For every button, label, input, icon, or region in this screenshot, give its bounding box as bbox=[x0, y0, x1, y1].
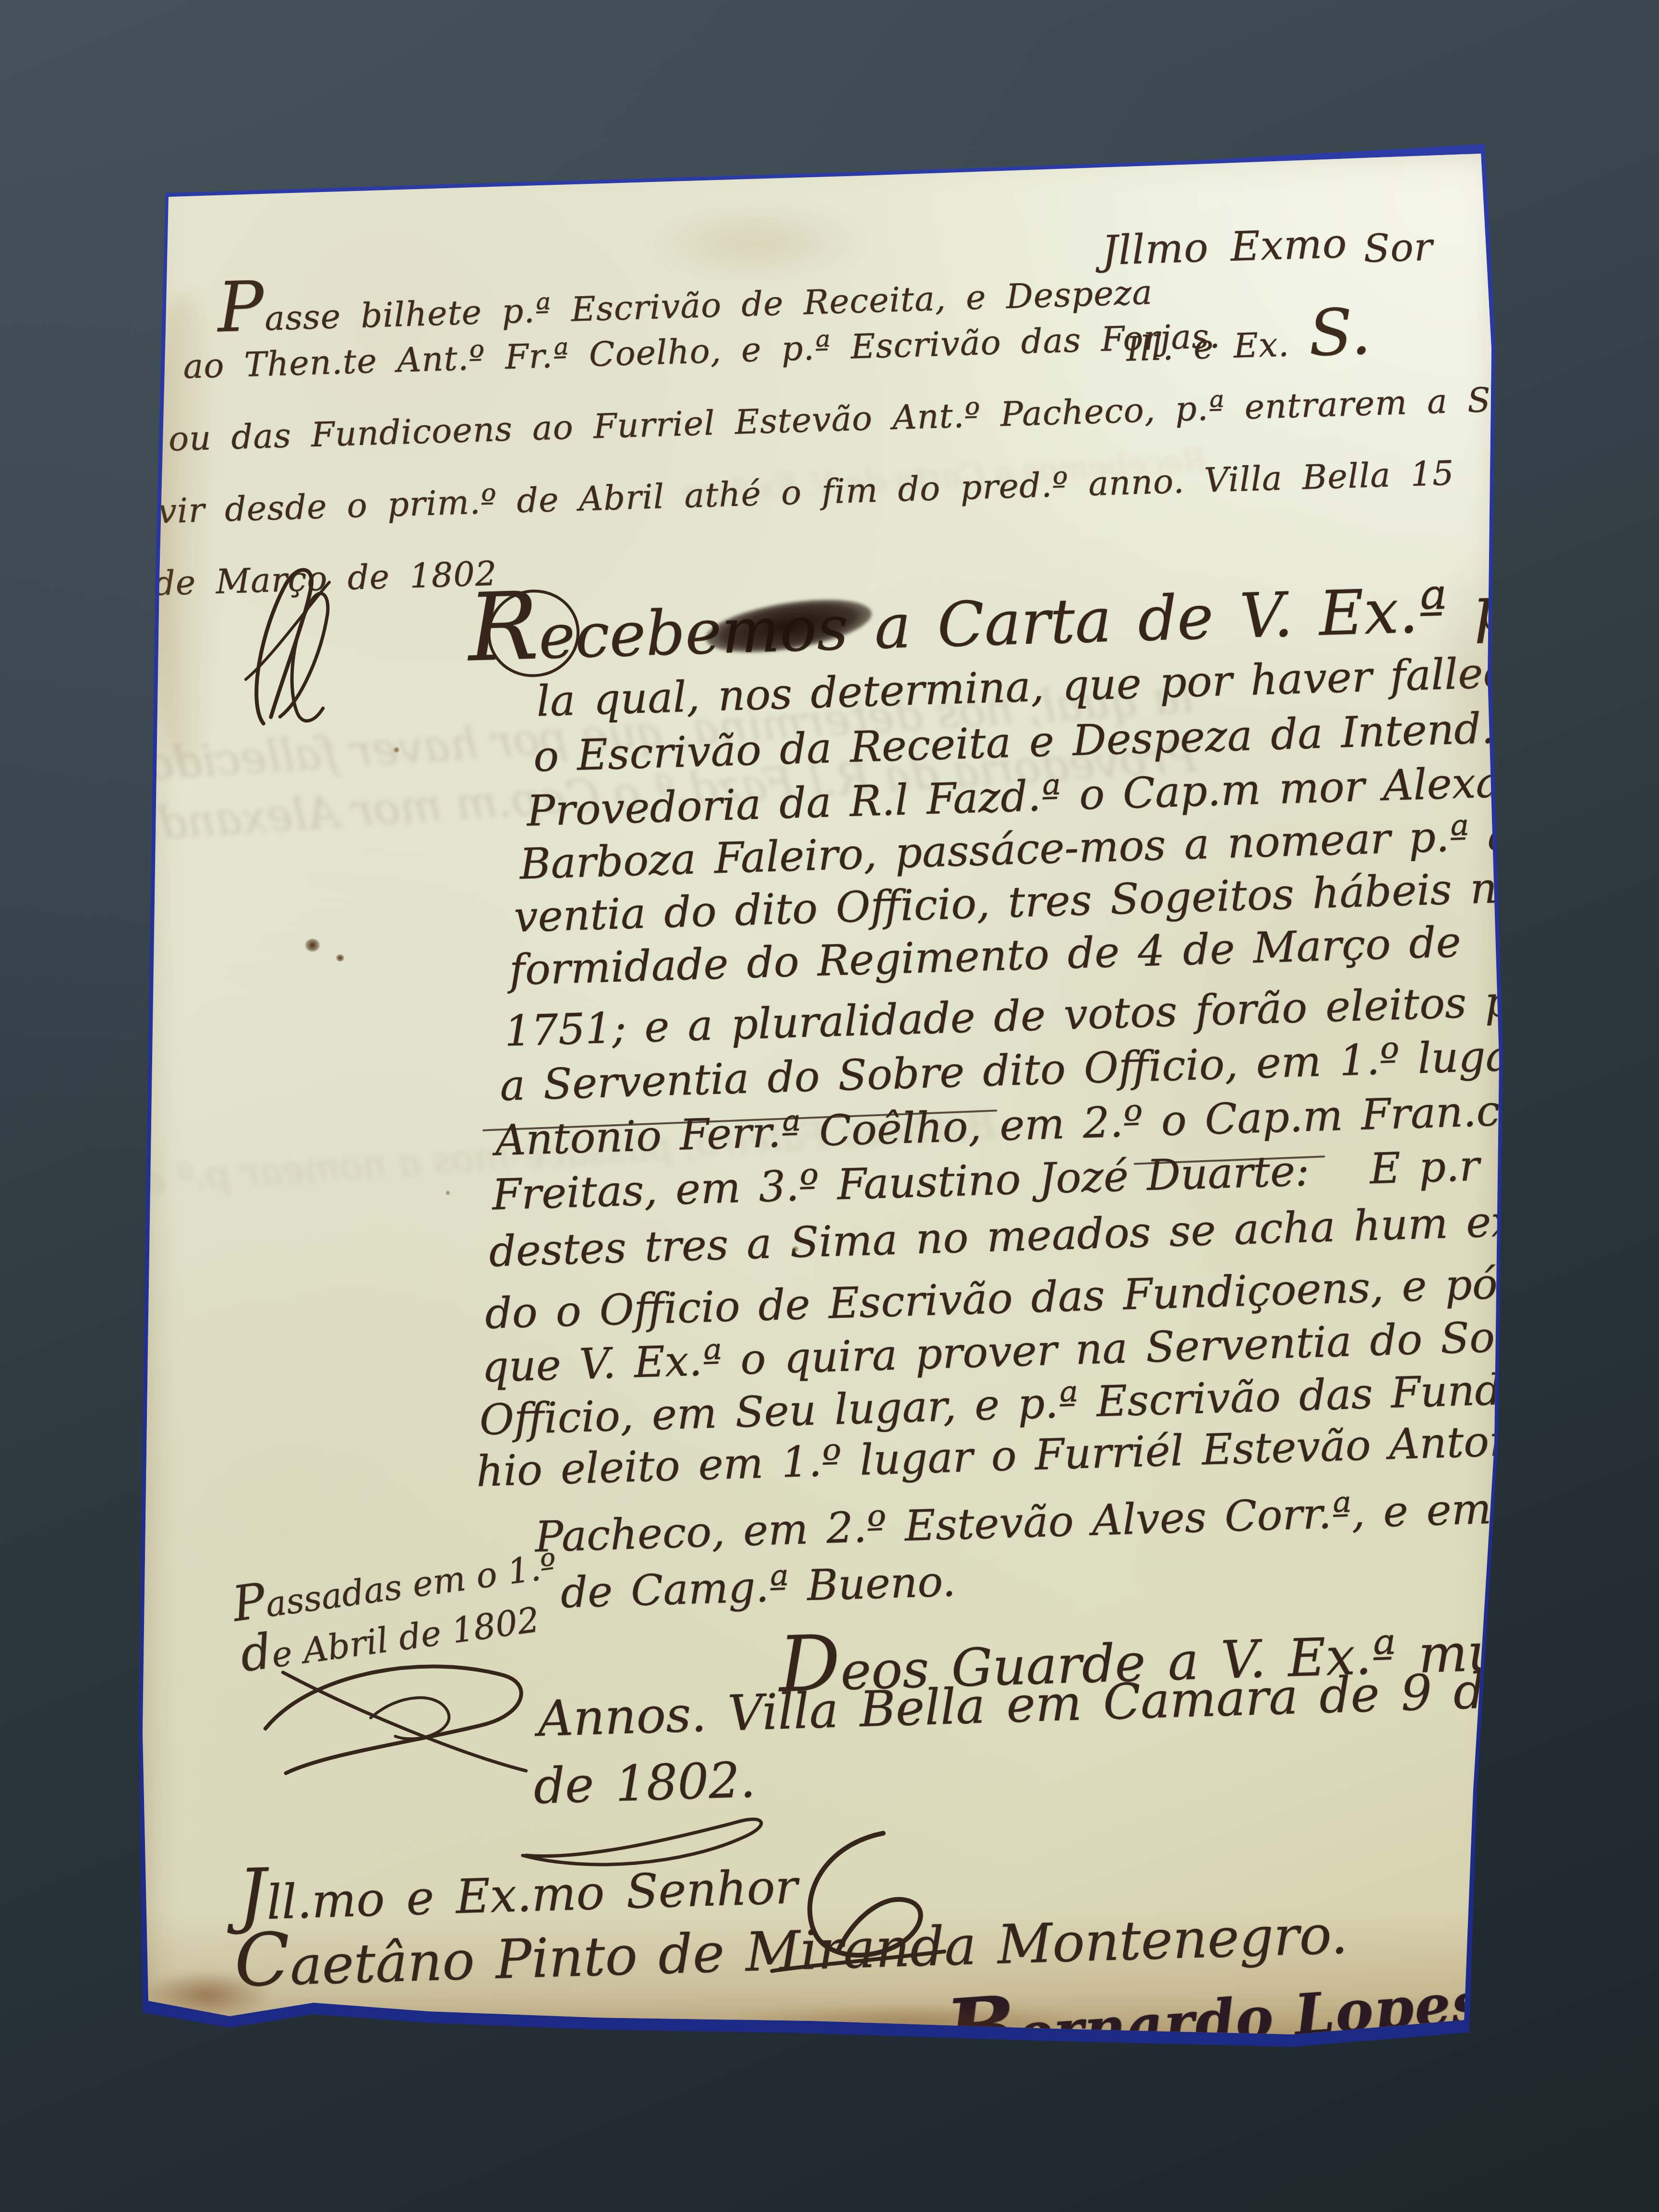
annotation-line-3: ou das Fundicoens ao Furriel Estevão Ant… bbox=[168, 382, 1536, 456]
closing-line-2: Annos. Villa Bella em Camara de 9 de Fev… bbox=[537, 1661, 1659, 1744]
annotation-line-2-address: Ill. e Ex. S. bbox=[1125, 300, 1372, 371]
closing-line-3: de 1802. bbox=[533, 1756, 756, 1812]
annotation-address-initial: S. bbox=[1308, 295, 1372, 371]
crossbarred-word: Duarte: bbox=[1146, 1146, 1310, 1200]
margin-note-rubric-icon bbox=[252, 1644, 554, 1802]
paper-sheet: la qual, nos determina, que por haver fa… bbox=[141, 148, 1509, 2042]
annotation-line-1-senhor: Sor bbox=[1363, 228, 1433, 268]
annotation-line-1-address: Jllmo Exmo bbox=[1101, 223, 1348, 271]
monogram-rubric-icon bbox=[229, 555, 354, 746]
manuscript-scan: { "scan": { "kind": "handwritten manuscr… bbox=[0, 0, 1659, 2212]
annotation-address-text: Ill. e Ex. bbox=[1126, 325, 1290, 369]
ink-layer: la qual, nos determina, que por haver fa… bbox=[112, 128, 1536, 2061]
senhor-flourish-icon bbox=[738, 1821, 954, 1985]
body-line-18: de Camg.ª Bueno. bbox=[560, 1560, 956, 1614]
